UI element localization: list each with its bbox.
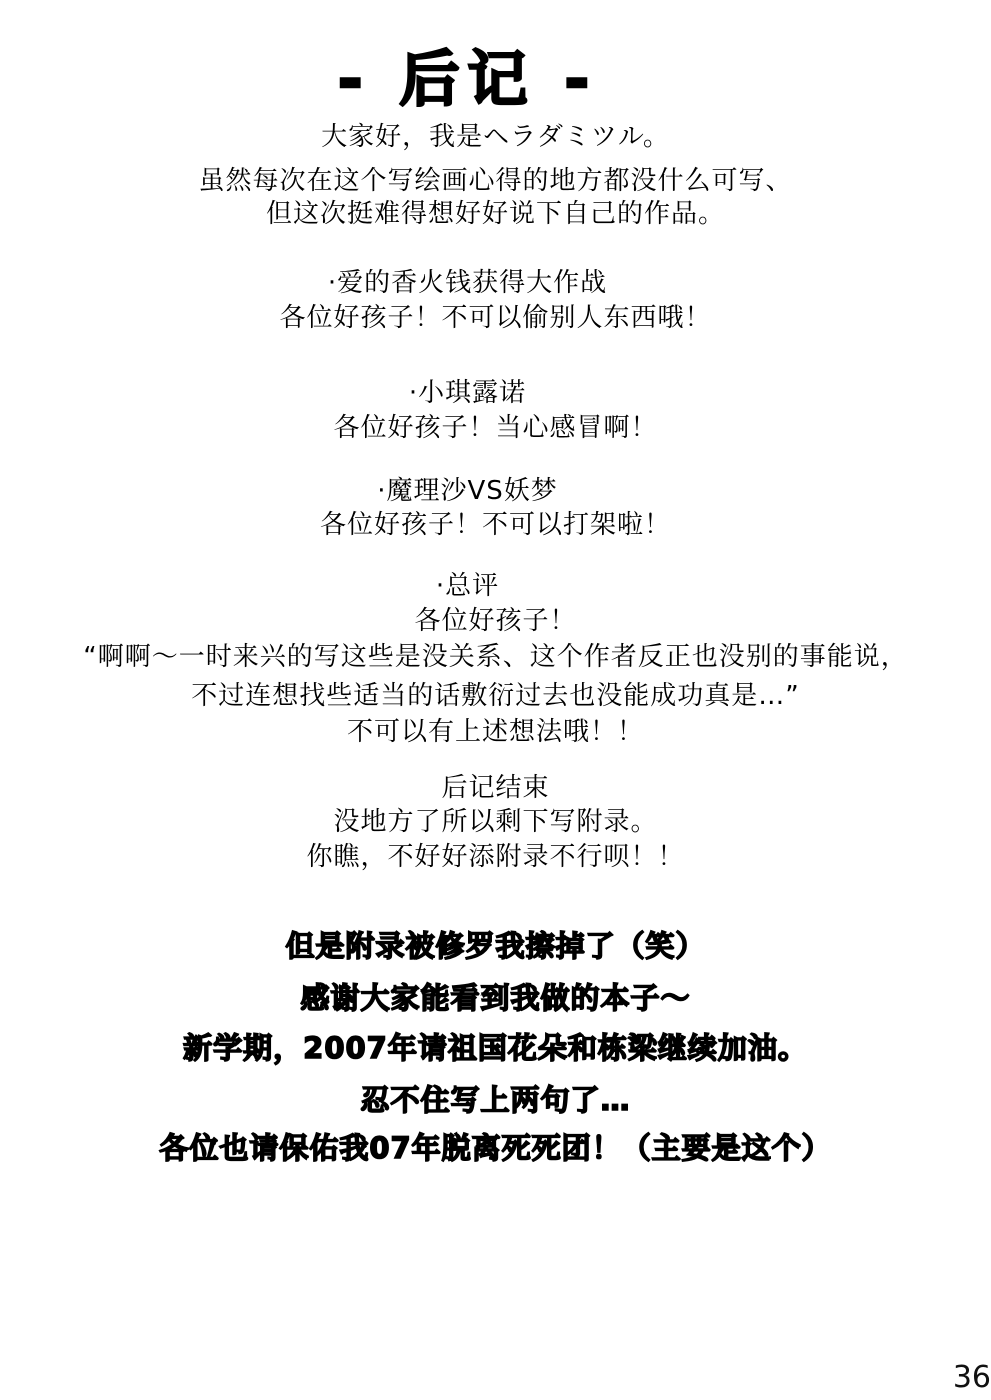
intro-line: 大家好，我是ヘラダミツル。 bbox=[0, 120, 991, 154]
page-title: - 后记 - bbox=[0, 44, 963, 116]
emphasis-line: 但是附录被修罗我擦掉了（笑） bbox=[0, 926, 991, 966]
section-heading: ·爱的香火钱获得大作战 bbox=[0, 266, 963, 300]
intro-line: 虽然每次在这个写绘画心得的地方都没什么可写、 bbox=[0, 164, 991, 198]
emphasis-line: 忍不住写上两句了… bbox=[0, 1080, 991, 1120]
section-line: 各位好孩子！不可以打架啦！ bbox=[0, 508, 991, 542]
section-heading: ·总评 bbox=[0, 569, 963, 603]
emphasis-line: 各位也请保佑我07年脱离死死团！（主要是这个） bbox=[0, 1128, 991, 1168]
page-number: 36 bbox=[953, 1362, 991, 1394]
closing-line: 没地方了所以剩下写附录。 bbox=[0, 805, 991, 839]
intro-line: 但这次挺难得想好好说下自己的作品。 bbox=[0, 197, 991, 231]
section-line: 各位好孩子！ bbox=[0, 604, 991, 638]
section-line: “啊啊～一时来兴的写这些是没关系、这个作者反正也没别的事能说， bbox=[0, 640, 991, 674]
section-line: 各位好孩子！不可以偷别人东西哦！ bbox=[0, 301, 991, 335]
closing-line: 你瞧，不好好添附录不行呗！！ bbox=[0, 840, 991, 874]
section-line: 不过连想找些适当的话敷衍过去也没能成功真是…” bbox=[0, 679, 991, 713]
section-line: 各位好孩子！当心感冒啊！ bbox=[0, 411, 991, 445]
section-heading: ·魔理沙VS妖梦 bbox=[0, 474, 963, 508]
section-heading: ·小琪露诺 bbox=[0, 376, 963, 410]
section-line: 不可以有上述想法哦！！ bbox=[0, 715, 991, 749]
document-page: - 后记 - 大家好，我是ヘラダミツル。 虽然每次在这个写绘画心得的地方都没什么… bbox=[0, 0, 991, 1400]
emphasis-line: 新学期，2007年请祖国花朵和栋梁继续加油。 bbox=[0, 1028, 991, 1068]
emphasis-line: 感谢大家能看到我做的本子～ bbox=[0, 978, 991, 1018]
closing-line: 后记结束 bbox=[0, 771, 991, 805]
